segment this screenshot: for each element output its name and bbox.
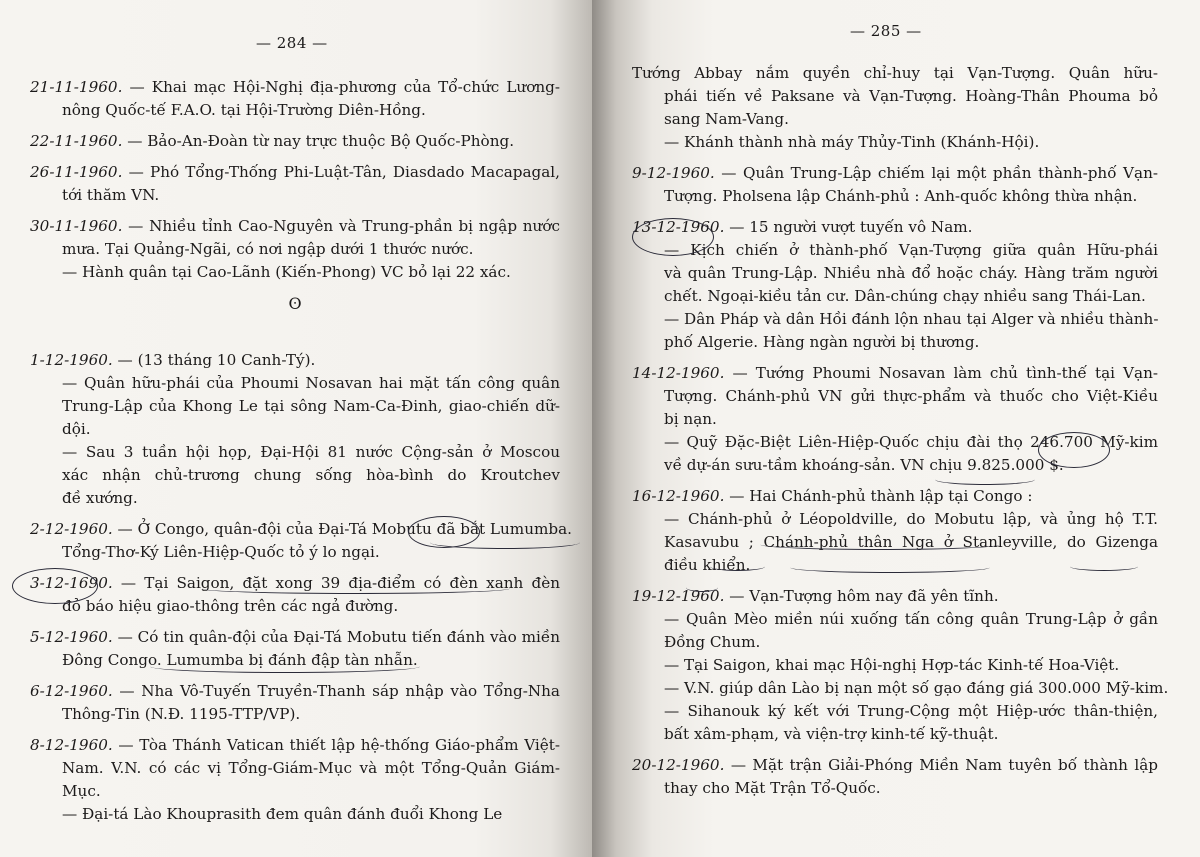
sub-entry-line: — Sau 3 tuần hội họp, Đại-Hội 81 nước Cộ… bbox=[62, 441, 560, 464]
entry-text: — Bảo-An-Đoàn từ nay trực thuộc Bộ Quốc-… bbox=[122, 132, 514, 150]
sub-entry-line: — Kịch chiến ở thành-phố Vạn-Tượng giữa … bbox=[664, 239, 1158, 262]
entry-line: 3-12-1690. — Tại Saigon, đặt xong 39 địa… bbox=[30, 572, 560, 595]
chronology-entry: 1-12-1960. — (13 tháng 10 Canh-Tý).— Quâ… bbox=[30, 349, 560, 510]
sub-entry-line: — Đại-tá Lào Khouprasith đem quân đánh đ… bbox=[62, 803, 560, 826]
sub-entry: — Dân Pháp và dân Hồi đánh lộn nhau tại … bbox=[632, 308, 1158, 354]
chronology-entry: 6-12-1960. — Nha Vô-Tuyến Truyền-Thanh s… bbox=[30, 680, 560, 726]
entry-date: 5-12-1960. bbox=[30, 628, 113, 646]
entry-date: 22-11-1960. bbox=[30, 132, 122, 150]
entry-line: phái tiến về Paksane và Vạn-Tượng. Hoàng… bbox=[632, 85, 1158, 108]
sub-entry: — Hành quân tại Cao-Lãnh (Kiến-Phong) VC… bbox=[30, 261, 560, 284]
chronology-entry: 26-11-1960. — Phó Tổng-Thống Phi-Luật-Tâ… bbox=[30, 161, 560, 207]
sub-entry: — Quân Mèo miền núi xuống tấn công quân … bbox=[632, 608, 1158, 654]
chronology-entry: 3-12-1690. — Tại Saigon, đặt xong 39 địa… bbox=[30, 572, 560, 618]
entry-text: Tượng. Pholsena lập Chánh-phủ : Anh-quốc… bbox=[664, 187, 1137, 205]
sub-entry-line: — Quân Mèo miền núi xuống tấn công quân … bbox=[664, 608, 1158, 631]
entry-line: Mục. bbox=[30, 780, 560, 803]
sub-entry-line: về dự-án sưu-tầm khoáng-sản. VN chịu 9.8… bbox=[664, 454, 1158, 477]
entry-text: — Mặt trận Giải-Phóng Miền Nam tuyên bố … bbox=[724, 756, 1158, 774]
sub-entry: — Tại Saigon, khai mạc Hội-nghị Hợp-tác … bbox=[632, 654, 1158, 677]
chronology-entry: 8-12-1960. — Tòa Thánh Vatican thiết lập… bbox=[30, 734, 560, 826]
sub-entry-line: bất xâm-phạm, và viện-trợ kinh-tế kỹ-thu… bbox=[664, 723, 1158, 746]
sub-entry: — Quân hữu-phái của Phoumi Nosavan hai m… bbox=[30, 372, 560, 441]
entry-line: 13-12-1960. — 15 người vượt tuyến vô Nam… bbox=[632, 216, 1158, 239]
sub-entry-line: Đồng Chum. bbox=[664, 631, 1158, 654]
entry-text: tới thăm VN. bbox=[62, 186, 159, 204]
entry-text: — Quân Trung-Lập chiếm lại một phần thàn… bbox=[715, 164, 1158, 182]
entry-date: 30-11-1960. bbox=[30, 217, 122, 235]
entry-text: phái tiến về Paksane và Vạn-Tượng. Hoàng… bbox=[664, 87, 1158, 105]
entry-line: 19-12-1960. — Vạn-Tượng hôm nay đã yên t… bbox=[632, 585, 1158, 608]
sub-entry-line: Kasavubu ; Chánh-phủ thân Nga ở Stanleyv… bbox=[664, 531, 1158, 554]
entry-line: thay cho Mặt Trận Tổ-Quốc. bbox=[632, 777, 1158, 800]
entry-text: — Phó Tổng-Thống Phi-Luật-Tân, Diasdado … bbox=[122, 163, 560, 181]
entry-line: 1-12-1960. — (13 tháng 10 Canh-Tý). bbox=[30, 349, 560, 372]
entry-line: 6-12-1960. — Nha Vô-Tuyến Truyền-Thanh s… bbox=[30, 680, 560, 703]
chronology-entry: 5-12-1960. — Có tin quân-đội của Đại-Tá … bbox=[30, 626, 560, 672]
entry-date: 20-12-1960. bbox=[632, 756, 724, 774]
entry-text: Tượng. Chánh-phủ VN gửi thực-phẩm và thu… bbox=[664, 387, 1158, 405]
entry-text: đỏ báo hiệu giao-thông trên các ngả đườn… bbox=[62, 597, 398, 615]
chronology-entry: 16-12-1960. — Hai Chánh-phủ thành lập tạ… bbox=[632, 485, 1158, 577]
sub-entry-line: — Sihanouk ký kết với Trung-Cộng một Hiệ… bbox=[664, 700, 1158, 723]
chronology-entry: Tướng Abbay nắm quyền chỉ-huy tại Vạn-Tư… bbox=[632, 62, 1158, 154]
sub-entry: — Kịch chiến ở thành-phố Vạn-Tượng giữa … bbox=[632, 239, 1158, 308]
entry-line: 26-11-1960. — Phó Tổng-Thống Phi-Luật-Tâ… bbox=[30, 161, 560, 184]
entry-text: sang Nam-Vang. bbox=[664, 110, 789, 128]
entry-text: — Nhiều tỉnh Cao-Nguyên và Trung-phần bị… bbox=[122, 217, 560, 235]
sub-entry-line: — Hành quân tại Cao-Lãnh (Kiến-Phong) VC… bbox=[62, 261, 560, 284]
chronology-entry: 2-12-1960. — Ở Congo, quân-đội của Đại-T… bbox=[30, 518, 560, 564]
page-number: — 285 — bbox=[850, 22, 922, 40]
entry-text: — Nha Vô-Tuyến Truyền-Thanh sáp nhập vào… bbox=[113, 682, 560, 700]
sub-entry-line: — Khánh thành nhà máy Thủy-Tinh (Khánh-H… bbox=[664, 131, 1158, 154]
entry-line: 14-12-1960. — Tướng Phoumi Nosavan làm c… bbox=[632, 362, 1158, 385]
sub-entry: — Sihanouk ký kết với Trung-Cộng một Hiệ… bbox=[632, 700, 1158, 746]
entry-line: sang Nam-Vang. bbox=[632, 108, 1158, 131]
entry-line: 20-12-1960. — Mặt trận Giải-Phóng Miền N… bbox=[632, 754, 1158, 777]
entry-line: Thông-Tin (N.Đ. 1195-TTP/VP). bbox=[30, 703, 560, 726]
sub-entry-line: và quân Trung-Lập. Nhiều nhà đổ hoặc chá… bbox=[664, 262, 1158, 285]
entry-text: — Tòa Thánh Vatican thiết lập hệ-thống G… bbox=[113, 736, 560, 754]
entry-text: Mục. bbox=[62, 782, 101, 800]
entry-line: Tổng-Thơ-Ký Liên-Hiệp-Quốc tỏ ý lo ngại. bbox=[30, 541, 560, 564]
entry-line: Tướng Abbay nắm quyền chỉ-huy tại Vạn-Tư… bbox=[632, 62, 1158, 85]
entry-line: đỏ báo hiệu giao-thông trên các ngả đườn… bbox=[30, 595, 560, 618]
chronology-entry: 20-12-1960. — Mặt trận Giải-Phóng Miền N… bbox=[632, 754, 1158, 800]
right-page: — 285 — Tướng Abbay nắm quyền chỉ-huy tạ… bbox=[592, 0, 1200, 857]
entry-date: 9-12-1960. bbox=[632, 164, 715, 182]
entry-line: 2-12-1960. — Ở Congo, quân-đội của Đại-T… bbox=[30, 518, 560, 541]
sub-entry-line: — Chánh-phủ ở Léopoldville, do Mobutu lậ… bbox=[664, 508, 1158, 531]
entry-date: 1-12-1960. bbox=[30, 351, 113, 369]
entry-line: Tượng. Chánh-phủ VN gửi thực-phẩm và thu… bbox=[632, 385, 1158, 408]
entry-line: Nam. V.N. có các vị Tổng-Giám-Mục và một… bbox=[30, 757, 560, 780]
sub-entry-line: dội. bbox=[62, 418, 560, 441]
sub-entry-line: xác nhận chủ-trương chung sống hòa-bình … bbox=[62, 464, 560, 487]
left-page-content: 21-11-1960. — Khai mạc Hội-Nghị địa-phươ… bbox=[30, 76, 560, 834]
entry-text: — Tướng Phoumi Nosavan làm chủ tình-thế … bbox=[724, 364, 1158, 382]
sub-entry-line: — Quân hữu-phái của Phoumi Nosavan hai m… bbox=[62, 372, 560, 395]
entry-text: — Vạn-Tượng hôm nay đã yên tĩnh. bbox=[724, 587, 998, 605]
entry-date: 21-11-1960. bbox=[30, 78, 122, 96]
entry-text: — 15 người vượt tuyến vô Nam. bbox=[724, 218, 972, 236]
sub-entry-line: — Dân Pháp và dân Hồi đánh lộn nhau tại … bbox=[664, 308, 1158, 331]
entry-text: — Khai mạc Hội-Nghị địa-phương của Tổ-ch… bbox=[122, 78, 560, 96]
entry-date: 8-12-1960. bbox=[30, 736, 113, 754]
entry-line: Tượng. Pholsena lập Chánh-phủ : Anh-quốc… bbox=[632, 185, 1158, 208]
entry-text: — Ở Congo, quân-đội của Đại-Tá Mobutu đã… bbox=[113, 520, 572, 538]
sub-entry-line: — Quỹ Đặc-Biệt Liên-Hiệp-Quốc chịu đài t… bbox=[664, 431, 1158, 454]
chronology-entry: 13-12-1960. — 15 người vượt tuyến vô Nam… bbox=[632, 216, 1158, 354]
chronology-entry: 30-11-1960. — Nhiều tỉnh Cao-Nguyên và T… bbox=[30, 215, 560, 284]
section-separator-icon: ʘ bbox=[30, 292, 560, 315]
entry-line: Đông Congo. Lumumba bị đánh đập tàn nhẫn… bbox=[30, 649, 560, 672]
entry-line: 9-12-1960. — Quân Trung-Lập chiếm lại mộ… bbox=[632, 162, 1158, 185]
entry-line: tới thăm VN. bbox=[30, 184, 560, 207]
entry-line: 22-11-1960. — Bảo-An-Đoàn từ nay trực th… bbox=[30, 130, 560, 153]
entry-text: Tổng-Thơ-Ký Liên-Hiệp-Quốc tỏ ý lo ngại. bbox=[62, 543, 380, 561]
sub-entry-line: Trung-Lập của Khong Le tại sông Nam-Ca-Đ… bbox=[62, 395, 560, 418]
entry-date: 3-12-1690. bbox=[30, 574, 113, 592]
chronology-entry: 14-12-1960. — Tướng Phoumi Nosavan làm c… bbox=[632, 362, 1158, 477]
entry-date: 16-12-1960. bbox=[632, 487, 724, 505]
entry-text: — Tại Saigon, đặt xong 39 địa-điểm có đè… bbox=[113, 574, 560, 592]
sub-entry: — Sau 3 tuần hội họp, Đại-Hội 81 nước Cộ… bbox=[30, 441, 560, 510]
entry-line: nông Quốc-tế F.A.O. tại Hội-Trường Diên-… bbox=[30, 99, 560, 122]
entry-date: 6-12-1960. bbox=[30, 682, 113, 700]
right-page-content: Tướng Abbay nắm quyền chỉ-huy tại Vạn-Tư… bbox=[632, 62, 1158, 808]
entry-text: Thông-Tin (N.Đ. 1195-TTP/VP). bbox=[62, 705, 300, 723]
entry-line: 16-12-1960. — Hai Chánh-phủ thành lập tạ… bbox=[632, 485, 1158, 508]
sub-entry: — V.N. giúp dân Lào bị nạn một số gạo đá… bbox=[632, 677, 1158, 700]
sub-entry-line: — V.N. giúp dân Lào bị nạn một số gạo đá… bbox=[664, 677, 1158, 700]
entry-date: 2-12-1960. bbox=[30, 520, 113, 538]
entry-line: 30-11-1960. — Nhiều tỉnh Cao-Nguyên và T… bbox=[30, 215, 560, 238]
entry-date: 26-11-1960. bbox=[30, 163, 122, 181]
chronology-entry: 9-12-1960. — Quân Trung-Lập chiếm lại mộ… bbox=[632, 162, 1158, 208]
entry-text: mưa. Tại Quảng-Ngãi, có nơi ngập dưới 1 … bbox=[62, 240, 473, 258]
entry-text: — Có tin quân-đội của Đại-Tá Mobutu tiến… bbox=[113, 628, 560, 646]
sub-entry: — Chánh-phủ ở Léopoldville, do Mobutu lậ… bbox=[632, 508, 1158, 577]
sub-entry-line: đề xướng. bbox=[62, 487, 560, 510]
entry-line: 5-12-1960. — Có tin quân-đội của Đại-Tá … bbox=[30, 626, 560, 649]
sub-entry-line: — Tại Saigon, khai mạc Hội-nghị Hợp-tác … bbox=[664, 654, 1158, 677]
entry-text: nông Quốc-tế F.A.O. tại Hội-Trường Diên-… bbox=[62, 101, 426, 119]
entry-line: 21-11-1960. — Khai mạc Hội-Nghị địa-phươ… bbox=[30, 76, 560, 99]
entry-text: Đông Congo. Lumumba bị đánh đập tàn nhẫn… bbox=[62, 651, 418, 669]
entry-date: 19-12-1960. bbox=[632, 587, 724, 605]
book-spread: — 284 — 21-11-1960. — Khai mạc Hội-Nghị … bbox=[0, 0, 1200, 857]
sub-entry: — Quỹ Đặc-Biệt Liên-Hiệp-Quốc chịu đài t… bbox=[632, 431, 1158, 477]
entry-text: thay cho Mặt Trận Tổ-Quốc. bbox=[664, 779, 881, 797]
entry-text: — Hai Chánh-phủ thành lập tại Congo : bbox=[724, 487, 1032, 505]
entry-line: mưa. Tại Quảng-Ngãi, có nơi ngập dưới 1 … bbox=[30, 238, 560, 261]
entry-text: — (13 tháng 10 Canh-Tý). bbox=[113, 351, 316, 369]
entry-text: Nam. V.N. có các vị Tổng-Giám-Mục và một… bbox=[62, 759, 560, 777]
entry-line: 8-12-1960. — Tòa Thánh Vatican thiết lập… bbox=[30, 734, 560, 757]
chronology-entry: 21-11-1960. — Khai mạc Hội-Nghị địa-phươ… bbox=[30, 76, 560, 122]
sub-entry: — Khánh thành nhà máy Thủy-Tinh (Khánh-H… bbox=[632, 131, 1158, 154]
entry-date: 13-12-1960. bbox=[632, 218, 724, 236]
entry-date: 14-12-1960. bbox=[632, 364, 724, 382]
left-page: — 284 — 21-11-1960. — Khai mạc Hội-Nghị … bbox=[0, 0, 592, 857]
page-number: — 284 — bbox=[256, 34, 328, 52]
sub-entry-line: chết. Ngoại-kiều tản cư. Dân-chúng chạy … bbox=[664, 285, 1158, 308]
entry-text: bị nạn. bbox=[664, 410, 717, 428]
chronology-entry: 22-11-1960. — Bảo-An-Đoàn từ nay trực th… bbox=[30, 130, 560, 153]
sub-entry-line: phố Algerie. Hàng ngàn người bị thương. bbox=[664, 331, 1158, 354]
chronology-entry: 19-12-1960. — Vạn-Tượng hôm nay đã yên t… bbox=[632, 585, 1158, 746]
entry-text: Tướng Abbay nắm quyền chỉ-huy tại Vạn-Tư… bbox=[632, 64, 1158, 82]
sub-entry-line: điều khiển. bbox=[664, 554, 1158, 577]
sub-entry: — Đại-tá Lào Khouprasith đem quân đánh đ… bbox=[30, 803, 560, 826]
entry-line: bị nạn. bbox=[632, 408, 1158, 431]
